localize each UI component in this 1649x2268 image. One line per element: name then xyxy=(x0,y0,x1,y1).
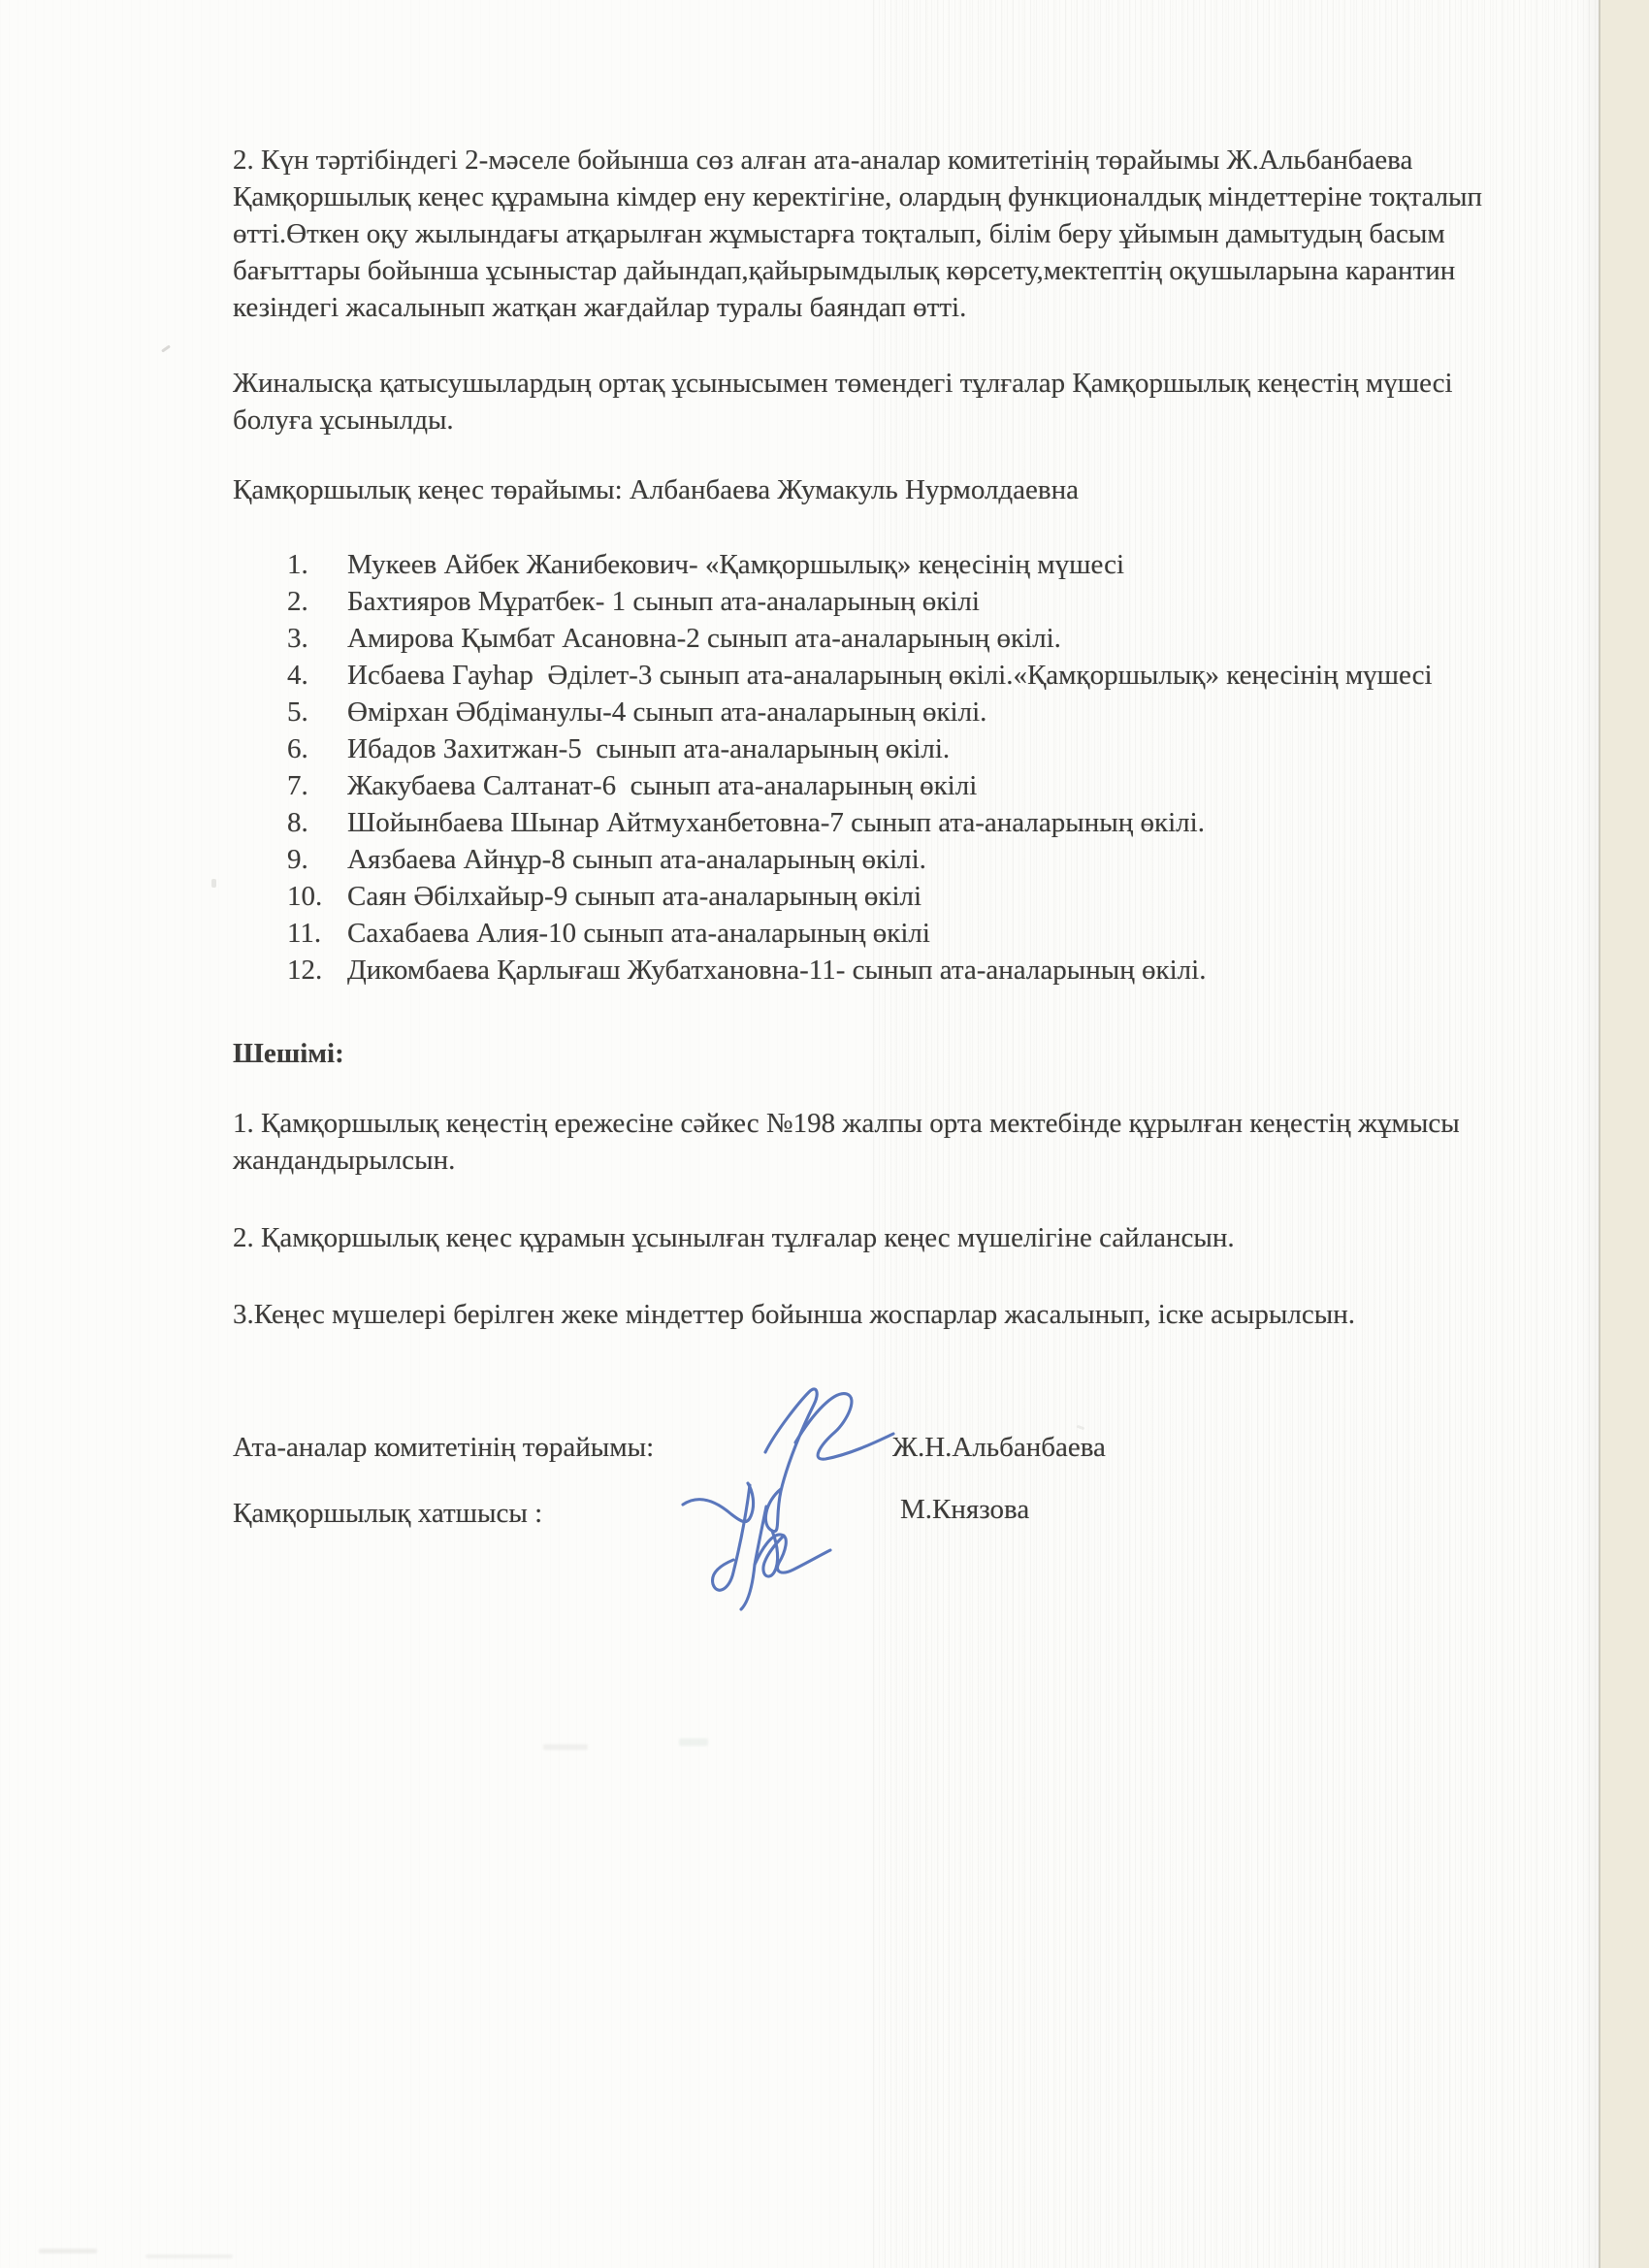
paragraph-proposal: Жиналысқа қатысушылардың ортақ ұсынысыме… xyxy=(233,365,1492,438)
list-item: 5.Өмірхан Әбдіманулы-4 сынып ата-аналары… xyxy=(287,694,1492,730)
list-item-text: Шойынбаева Шынар Айтмуханбетовна-7 сынып… xyxy=(347,804,1492,841)
list-item-number: 3. xyxy=(287,620,347,657)
list-item-text: Исбаева Гауһар Әділет-3 сынып ата-аналар… xyxy=(347,657,1492,694)
signature-block: Ата-аналар комитетінің төрайымы: Ж.Н.Аль… xyxy=(233,1429,1492,1532)
document-body: 2. Күн тәртібіндегі 2-мәселе бойынша сөз… xyxy=(233,142,1492,1532)
list-item-text: Жакубаева Салтанат-6 сынып ата-аналарыны… xyxy=(347,767,1492,804)
list-item: 12.Дикомбаева Қарлығаш Жубатхановна-11- … xyxy=(287,952,1492,988)
list-item: 4.Исбаева Гауһар Әділет-3 сынып ата-анал… xyxy=(287,657,1492,694)
signature-row-secretary: Қамқоршылық хатшысы : М.Князова xyxy=(233,1495,1492,1532)
list-item-text: Дикомбаева Қарлығаш Жубатхановна-11- сын… xyxy=(347,952,1492,988)
list-item: 8.Шойынбаева Шынар Айтмуханбетовна-7 сын… xyxy=(287,804,1492,841)
list-item-number: 2. xyxy=(287,583,347,620)
list-item: 3.Амирова Қымбат Асановна-2 сынып ата-ан… xyxy=(287,620,1492,657)
list-item: 2.Бахтияров Мұратбек- 1 сынып ата-аналар… xyxy=(287,583,1492,620)
list-item-text: Аязбаева Айнұр-8 сынып ата-аналарының өк… xyxy=(347,841,1492,878)
list-item: 9.Аязбаева Айнұр-8 сынып ата-аналарының … xyxy=(287,841,1492,878)
list-item-number: 10. xyxy=(287,878,347,915)
list-item-number: 4. xyxy=(287,657,347,694)
list-item-text: Саян Әбілхайыр-9 сынып ата-аналарының өк… xyxy=(347,878,1492,915)
signature-label-secretary: Қамқоршылық хатшысы : xyxy=(233,1495,542,1532)
list-item-number: 12. xyxy=(287,952,347,988)
decision-item-3: 3.Кеңес мүшелері берілген жеке міндеттер… xyxy=(233,1296,1492,1333)
list-item-number: 1. xyxy=(287,546,347,583)
signature-name-secretary: М.Князова xyxy=(900,1491,1029,1528)
decision-item-2: 2. Қамқоршылық кеңес құрамын ұсынылған т… xyxy=(233,1219,1492,1256)
list-item-number: 7. xyxy=(287,767,347,804)
list-item-number: 9. xyxy=(287,841,347,878)
list-item-number: 5. xyxy=(287,694,347,730)
list-item-number: 6. xyxy=(287,730,347,767)
list-item-text: Сахабаева Алия-10 сынып ата-аналарының ө… xyxy=(347,915,1492,952)
scan-speck xyxy=(679,1738,708,1746)
decision-heading: Шешімі: xyxy=(233,1035,1492,1072)
scan-speck xyxy=(39,2249,97,2253)
list-item-text: Мукеев Айбек Жанибекович- «Қамқоршылық» … xyxy=(347,546,1492,583)
scan-edge-band xyxy=(1600,0,1649,2268)
list-item-text: Бахтияров Мұратбек- 1 сынып ата-аналарын… xyxy=(347,583,1492,620)
scan-speck xyxy=(161,344,171,352)
scan-speck xyxy=(543,1744,588,1750)
list-item: 10.Саян Әбілхайыр-9 сынып ата-аналарының… xyxy=(287,878,1492,915)
list-item-text: Ибадов Захитжан-5 сынып ата-аналарының ө… xyxy=(347,730,1492,767)
list-item: 7.Жакубаева Салтанат-6 сынып ата-аналары… xyxy=(287,767,1492,804)
scan-speck xyxy=(211,879,216,888)
signature-row-chair: Ата-аналар комитетінің төрайымы: Ж.Н.Аль… xyxy=(233,1429,1492,1466)
scan-edge-shade xyxy=(1579,0,1599,2268)
list-item-number: 8. xyxy=(287,804,347,841)
list-item: 6.Ибадов Захитжан-5 сынып ата-аналарының… xyxy=(287,730,1492,767)
chairperson-line: Қамқоршылық кеңес төрайымы: Албанбаева Ж… xyxy=(233,471,1492,508)
signature-label-chair: Ата-аналар комитетінің төрайымы: xyxy=(233,1429,654,1466)
members-list: 1.Мукеев Айбек Жанибекович- «Қамқоршылық… xyxy=(233,546,1492,988)
list-item-text: Амирова Қымбат Асановна-2 сынып ата-анал… xyxy=(347,620,1492,657)
decision-item-1: 1. Қамқоршылық кеңестің ережесіне сәйкес… xyxy=(233,1105,1492,1179)
scanned-document-page: 2. Күн тәртібіндегі 2-мәселе бойынша сөз… xyxy=(0,0,1649,2268)
scan-speck xyxy=(145,2254,233,2258)
list-item-text: Өмірхан Әбдіманулы-4 сынып ата-аналарыны… xyxy=(347,694,1492,730)
list-item: 1.Мукеев Айбек Жанибекович- «Қамқоршылық… xyxy=(287,546,1492,583)
list-item: 11.Сахабаева Алия-10 сынып ата-аналарыны… xyxy=(287,915,1492,952)
paragraph-agenda-item-2: 2. Күн тәртібіндегі 2-мәселе бойынша сөз… xyxy=(233,142,1492,326)
list-item-number: 11. xyxy=(287,915,347,952)
signature-name-chair: Ж.Н.Альбанбаева xyxy=(892,1429,1106,1466)
